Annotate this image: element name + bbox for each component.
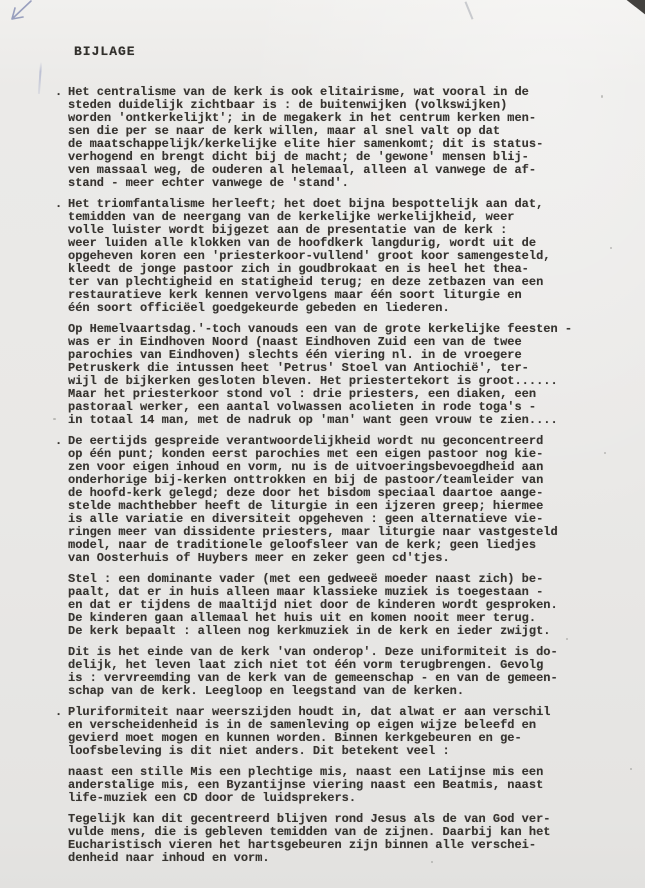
paragraph-text: Tegelijk kan dit gecentreerd blijven ron… [68, 812, 550, 865]
paragraph-text: Pluriformiteit naar weerszijden houdt in… [68, 705, 550, 758]
document-content: BIJLAGE .Het centralisme van de kerk is … [68, 44, 637, 873]
paragraph-text: Het centralisme van de kerk is ook elita… [68, 85, 543, 190]
bullet-marker: . [55, 435, 62, 448]
bullet-marker: . [55, 198, 62, 211]
pen-vertical-stroke-icon [38, 62, 42, 94]
paragraph-text: Het triomfantalisme herleeft; het doet b… [68, 197, 550, 315]
scan-corner-artifact [622, 0, 645, 15]
paragraph: .Pluriformiteit naar weerszijden houdt i… [68, 706, 637, 758]
bullet-marker: . [55, 706, 62, 719]
paragraph: Tegelijk kan dit gecentreerd blijven ron… [68, 813, 637, 865]
paragraph: Dit is het einde van de kerk 'van ondero… [68, 646, 637, 698]
faint-pen-stroke-icon [465, 1, 474, 19]
paragraph-text: Stel : een dominante vader (met een gedw… [68, 572, 558, 638]
pen-arrow-mark-icon [2, 0, 44, 50]
bullet-marker: . [55, 86, 62, 99]
scan-speck [53, 418, 56, 420]
paragraph: .De eertijds gespreide verantwoordelijkh… [68, 435, 637, 565]
paragraph: .Het centralisme van de kerk is ook elit… [68, 86, 637, 190]
paragraph: Op Hemelvaartsdag.'-toch vanouds een van… [68, 323, 637, 427]
paragraph: .Het triomfantalisme herleeft; het doet … [68, 198, 637, 315]
paragraph-text: naast een stille Mis een plechtige mis, … [68, 765, 543, 805]
scanned-document-page: BIJLAGE .Het centralisme van de kerk is … [0, 0, 645, 888]
paragraph-text: De eertijds gespreide verantwoordelijkhe… [68, 434, 558, 565]
paragraph-text: Dit is het einde van de kerk 'van ondero… [68, 645, 558, 698]
paragraph: Stel : een dominante vader (met een gedw… [68, 573, 637, 638]
paragraph-text: Op Hemelvaartsdag.'-toch vanouds een van… [68, 322, 572, 427]
document-body: .Het centralisme van de kerk is ook elit… [68, 86, 637, 865]
paragraph: naast een stille Mis een plechtige mis, … [68, 766, 637, 805]
page-title: BIJLAGE [74, 44, 637, 59]
